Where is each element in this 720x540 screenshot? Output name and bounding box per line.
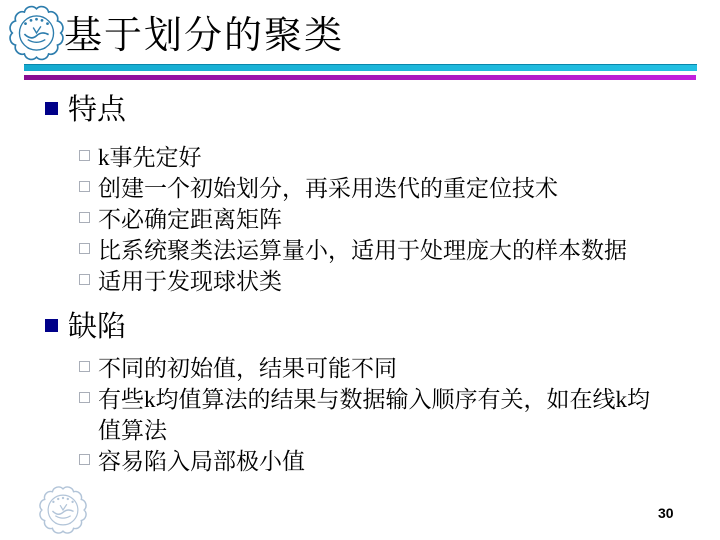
level2-bullet-icon [79, 361, 90, 372]
list-item-text: 有些k均值算法的结果与数据输入顺序有关，如在线k均 值算法 [98, 384, 650, 446]
level2-bullet-icon [79, 454, 90, 465]
page-number: 30 [658, 505, 674, 521]
list-item-text: 不必确定距离矩阵 [98, 204, 282, 235]
list-item: 容易陷入局部极小值 [0, 446, 712, 477]
list-item: 适用于发现球状类 [0, 266, 712, 297]
level1-bullet-icon [45, 319, 58, 332]
list-item-text: k事先定好 [98, 142, 202, 173]
slide-body: 特点 k事先定好 创建一个初始划分，再采用迭代的重定位技术 不必确定距离矩阵 [0, 92, 712, 477]
list-item-text: 创建一个初始划分，再采用迭代的重定位技术 [98, 173, 558, 204]
divider-line-purple [24, 75, 696, 80]
list-item: 创建一个初始划分，再采用迭代的重定位技术 [0, 173, 712, 204]
university-seal-icon [9, 5, 64, 61]
level2-bullet-icon [79, 212, 90, 223]
level2-bullet-icon [79, 392, 90, 403]
list-item-text: 容易陷入局部极小值 [98, 446, 305, 477]
university-seal-faint-icon [39, 486, 87, 534]
bullet-list: 不同的初始值，结果可能不同 有些k均值算法的结果与数据输入顺序有关，如在线k均 … [0, 353, 712, 477]
presentation-slide: 基于划分的聚类 特点 k事先定好 创建一个初始划分，再采用迭代的重定位技术 [0, 0, 720, 540]
section-heading: 特点 [68, 92, 126, 128]
divider-line-cyan [24, 64, 697, 71]
level2-bullet-icon [79, 243, 90, 254]
list-item: 不同的初始值，结果可能不同 [0, 353, 712, 384]
section-features: 特点 k事先定好 创建一个初始划分，再采用迭代的重定位技术 不必确定距离矩阵 [0, 92, 712, 297]
level1-bullet-icon [45, 102, 58, 115]
section-heading-row: 缺陷 [0, 309, 712, 345]
list-item-text: 比系统聚类法运算量小，适用于处理庞大的样本数据 [98, 235, 627, 266]
section-drawbacks: 缺陷 不同的初始值，结果可能不同 有些k均值算法的结果与数据输入顺序有关，如在线… [0, 309, 712, 477]
section-heading: 缺陷 [68, 309, 126, 345]
slide-title: 基于划分的聚类 [64, 12, 344, 60]
list-item-text: 适用于发现球状类 [98, 266, 282, 297]
bullet-list: k事先定好 创建一个初始划分，再采用迭代的重定位技术 不必确定距离矩阵 比系统聚… [0, 142, 712, 297]
list-item: 不必确定距离矩阵 [0, 204, 712, 235]
level2-bullet-icon [79, 150, 90, 161]
section-heading-row: 特点 [0, 92, 712, 128]
level2-bullet-icon [79, 181, 90, 192]
level2-bullet-icon [79, 274, 90, 285]
list-item: 比系统聚类法运算量小，适用于处理庞大的样本数据 [0, 235, 712, 266]
list-item: k事先定好 [0, 142, 712, 173]
list-item: 有些k均值算法的结果与数据输入顺序有关，如在线k均 值算法 [0, 384, 712, 446]
list-item-text: 不同的初始值，结果可能不同 [98, 353, 397, 384]
